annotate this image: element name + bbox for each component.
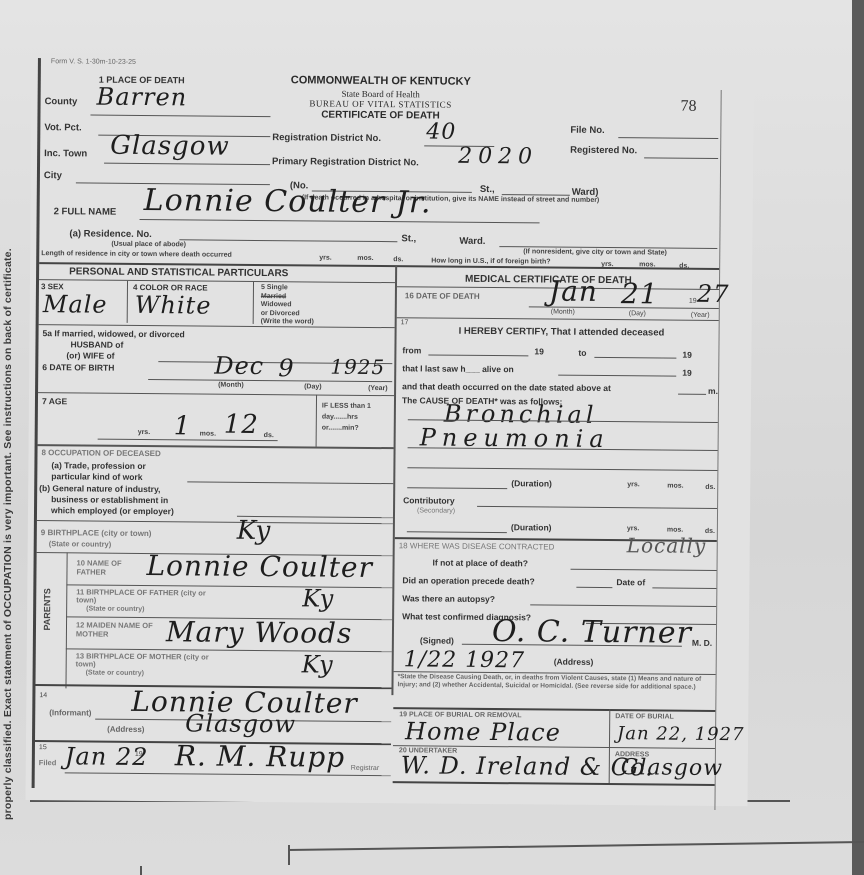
dob-day-caption: (Day) — [304, 383, 322, 390]
length-residence-label: Length of residence in city or town wher… — [41, 250, 232, 259]
age-years: 1 — [174, 411, 192, 441]
duration-yrs-1: yrs. — [627, 481, 640, 488]
to-label: to — [578, 348, 586, 358]
dod-month: Jan — [549, 275, 598, 308]
full-name-value: Lonnie Coulter Jr. — [144, 183, 432, 221]
date-of-line — [652, 587, 716, 589]
file-no-line — [618, 137, 718, 139]
informant-address-label: (Address) — [107, 725, 144, 734]
not-at-place-line — [571, 569, 717, 571]
filed-label: Filed — [39, 758, 57, 767]
cause-footnote: *State the Disease Causing Death, or, in… — [397, 673, 711, 691]
mother-birthplace-sub: (State or country) — [86, 669, 144, 677]
duration-line-1 — [407, 487, 507, 489]
operation-label: Did an operation precede death? — [402, 575, 534, 586]
duration-yrs-2: yrs. — [627, 525, 640, 532]
foreign-birth-label: How long in U.S., if of foreign birth? — [431, 257, 550, 265]
marital-status-options: 5 Single Married Widowed or Divorced (Wr… — [261, 284, 315, 327]
dob-year-caption: (Year) — [368, 385, 388, 392]
registrar-label: Registrar — [351, 765, 379, 772]
sign-date: 1/22 1927 — [404, 647, 526, 673]
color-race-value: White — [135, 291, 212, 320]
dod-day-caption: (Day) — [629, 310, 646, 317]
industry-label-2: business or establishment in — [51, 494, 168, 505]
length-yrs: yrs. — [319, 255, 332, 262]
dod-year-prefix: 19 — [689, 298, 697, 305]
mother-birthplace-value: Ky — [302, 650, 334, 678]
dod-year-caption: (Year) — [691, 312, 710, 319]
certificate-title: COMMONWEALTH OF KENTUCKY — [291, 74, 471, 88]
dob-row-line — [38, 392, 394, 396]
birthplace-label: 9 BIRTHPLACE (city or town) — [41, 528, 152, 538]
from-year: 19 — [534, 346, 544, 356]
mat-corner — [288, 845, 290, 865]
father-name-value: Lonnie Coulter — [146, 549, 373, 584]
dob-year: 1925 — [330, 355, 385, 379]
date-of-label: Date of — [616, 577, 645, 587]
nonresident-note: (If nonresident, give city or town and S… — [523, 248, 667, 256]
not-at-place-label: If not at place of death? — [433, 558, 528, 569]
bureau-name: BUREAU OF VITAL STATISTICS — [281, 98, 481, 110]
frame-edge — [852, 0, 864, 875]
autopsy-label: Was there an autopsy? — [402, 593, 495, 604]
dob-month-caption: (Month) — [218, 382, 244, 389]
duration-label-2: (Duration) — [511, 522, 552, 532]
dob-month: Dec — [214, 352, 264, 380]
residence-sub: (Usual place of abode) — [111, 241, 186, 249]
column-divider — [391, 265, 397, 695]
less-than-hrs: day.......hrs — [322, 412, 371, 423]
duration-ds-1: ds. — [705, 484, 715, 491]
reg-district-value: 40 — [426, 119, 456, 144]
form-id: Form V. S. 1-30m-10-23-25 — [51, 58, 136, 66]
occupation-label: 8 OCCUPATION OF DECEASED — [41, 448, 160, 458]
to-year: 19 — [682, 350, 692, 360]
secondary-label: (Secondary) — [417, 507, 455, 514]
spouse-label: 5a If married, widowed, or divorced — [43, 328, 185, 339]
birthplace-sub: (State or country) — [49, 539, 112, 549]
county-line — [90, 115, 270, 118]
personal-heading: PERSONAL AND STATISTICAL PARTICULARS — [69, 266, 288, 279]
marital-widowed: Widowed — [261, 301, 314, 310]
primary-reg-label: Primary Registration District No. — [272, 156, 419, 168]
mat-tick — [140, 866, 142, 875]
less-than-min: or.......min? — [322, 423, 371, 434]
husband-label: HUSBAND of — [70, 339, 123, 349]
industry-label-3: which employed (or employer) — [51, 505, 174, 516]
filed-year-prefix: 19 — [135, 751, 143, 758]
registered-no-line — [644, 157, 718, 159]
full-name-label: 2 FULL NAME — [54, 206, 117, 218]
length-ds: ds. — [393, 256, 403, 263]
side-instruction-note: properly classified. Exact statement of … — [2, 60, 24, 820]
age-divider — [316, 394, 317, 446]
signed-label: (Signed) — [420, 635, 454, 645]
from-line — [428, 354, 528, 356]
last-saw-year: 19 — [682, 368, 692, 378]
dod-day: 21 — [621, 277, 659, 310]
marital-single: 5 Single — [261, 284, 314, 293]
trade-label-1: (a) Trade, profession or — [51, 460, 146, 471]
dob-label: 6 DATE OF BIRTH — [42, 362, 114, 373]
md-label: M. D. — [692, 638, 712, 648]
dod-month-caption: (Month) — [551, 309, 575, 316]
residence-ward-label: Ward. — [459, 236, 485, 247]
mother-name-value: Mary Woods — [166, 615, 353, 650]
inc-town-line — [104, 163, 270, 165]
reg-district-label: Registration District No. — [272, 132, 381, 144]
registrar-signature: R. M. Rupp — [175, 739, 346, 773]
certificate-body: Form V. S. 1-30m-10-23-25 1 PLACE OF DEA… — [32, 58, 741, 794]
county-value: Barren — [97, 83, 188, 112]
residence-st-label: St., — [401, 233, 416, 244]
sex-value: Male — [43, 290, 108, 319]
inc-town-label: Inc. Town — [44, 148, 87, 159]
father-birthplace-sub: (State or country) — [86, 605, 144, 613]
to-line — [594, 357, 676, 359]
duration-mos-1: mos. — [667, 483, 683, 490]
m-label: m. — [708, 386, 718, 396]
parents-side-label: PARENTS — [42, 588, 52, 630]
inc-town-value: Glasgow — [110, 131, 230, 162]
trade-label-2: particular kind of work — [51, 471, 142, 482]
dod-label: 16 DATE OF DEATH — [405, 291, 480, 301]
operation-line — [576, 587, 612, 588]
contributory-label: Contributory — [403, 495, 455, 505]
trade-line — [187, 481, 393, 484]
informant-address-value: Glasgow — [185, 709, 296, 738]
primary-reg-value: 2020 — [458, 144, 538, 170]
duration-line-2 — [407, 531, 507, 533]
mother-name-label: 12 MAIDEN NAME OF MOTHER — [76, 620, 156, 639]
contributory-line — [477, 506, 717, 509]
industry-label-1: (b) General nature of industry, — [39, 483, 160, 494]
burial-address-value: Glasgow — [621, 755, 723, 781]
informant-number: 14 — [39, 692, 47, 699]
county-label: County — [45, 96, 78, 107]
filed-number: 15 — [39, 744, 47, 751]
dob-line — [148, 379, 392, 382]
length-mos: mos. — [357, 255, 373, 262]
mother-birthplace-label: 13 BIRTHPLACE OF MOTHER (city or town) — [76, 652, 226, 669]
age-label: 7 AGE — [42, 396, 67, 406]
last-saw-line — [558, 375, 676, 377]
race-divider — [253, 282, 254, 324]
sex-divider — [127, 281, 128, 323]
residence-label: (a) Residence. No. — [69, 228, 151, 240]
city-label: City — [44, 170, 62, 181]
father-name-label: 10 NAME OF FATHER — [76, 558, 136, 577]
burial-place-value: Home Place — [405, 717, 561, 746]
vot-pct-label: Vot. Pct. — [44, 122, 81, 133]
age-mos-caption: mos. — [200, 430, 216, 437]
occurred-line — [678, 394, 706, 395]
registered-no-label: Registered No. — [570, 145, 637, 157]
street-label: St., — [480, 184, 495, 195]
dod-row-line — [397, 317, 719, 321]
burial-bottom-line — [393, 781, 715, 786]
stamp-number: 78 — [680, 98, 696, 116]
father-birthplace-label: 11 BIRTHPLACE OF FATHER (city or town) — [76, 588, 226, 605]
dob-day: 9 — [278, 354, 295, 382]
occurred-label: and that death occurred on the date stat… — [402, 381, 611, 393]
informant-label: (Informant) — [49, 708, 91, 717]
birthplace-value: Ky — [237, 516, 272, 546]
item-17: 17 — [401, 319, 409, 326]
less-than-day: IF LESS than 1 day.......hrs or.......mi… — [322, 401, 371, 434]
residence-line — [179, 239, 397, 242]
age-months: 12 — [224, 410, 259, 440]
personal-heading-line — [39, 279, 395, 283]
contracted-label: 18 WHERE WAS DISEASE CONTRACTED — [399, 541, 555, 551]
physician-address-label: (Address) — [554, 657, 594, 667]
occupation-row-line — [37, 520, 393, 524]
age-yrs-caption: yrs. — [138, 429, 151, 436]
contracted-value: Locally — [627, 533, 707, 558]
father-birthplace-value: Ky — [302, 584, 334, 612]
parents-divider — [65, 552, 67, 688]
burial-date-value: Jan 22, 1927 — [617, 723, 745, 745]
cause-underline-3 — [407, 467, 717, 471]
certify-text: I HEREBY CERTIFY, That I attended deceas… — [459, 326, 665, 339]
duration-label-1: (Duration) — [511, 478, 552, 488]
age-ds-caption: ds. — [264, 432, 274, 439]
dod-year: 27 — [697, 280, 730, 308]
wife-label: (or) WIFE of — [66, 350, 114, 360]
last-saw-label: that I last saw h___ alive on — [402, 363, 514, 374]
from-label: from — [402, 345, 421, 355]
death-certificate: Form V. S. 1-30m-10-23-25 1 PLACE OF DEA… — [25, 54, 753, 806]
burial-date-label: DATE OF BURIAL — [615, 713, 674, 721]
file-no-label: File No. — [570, 125, 604, 136]
less-than-label: IF LESS than 1 — [322, 401, 371, 412]
autopsy-line — [530, 604, 716, 607]
